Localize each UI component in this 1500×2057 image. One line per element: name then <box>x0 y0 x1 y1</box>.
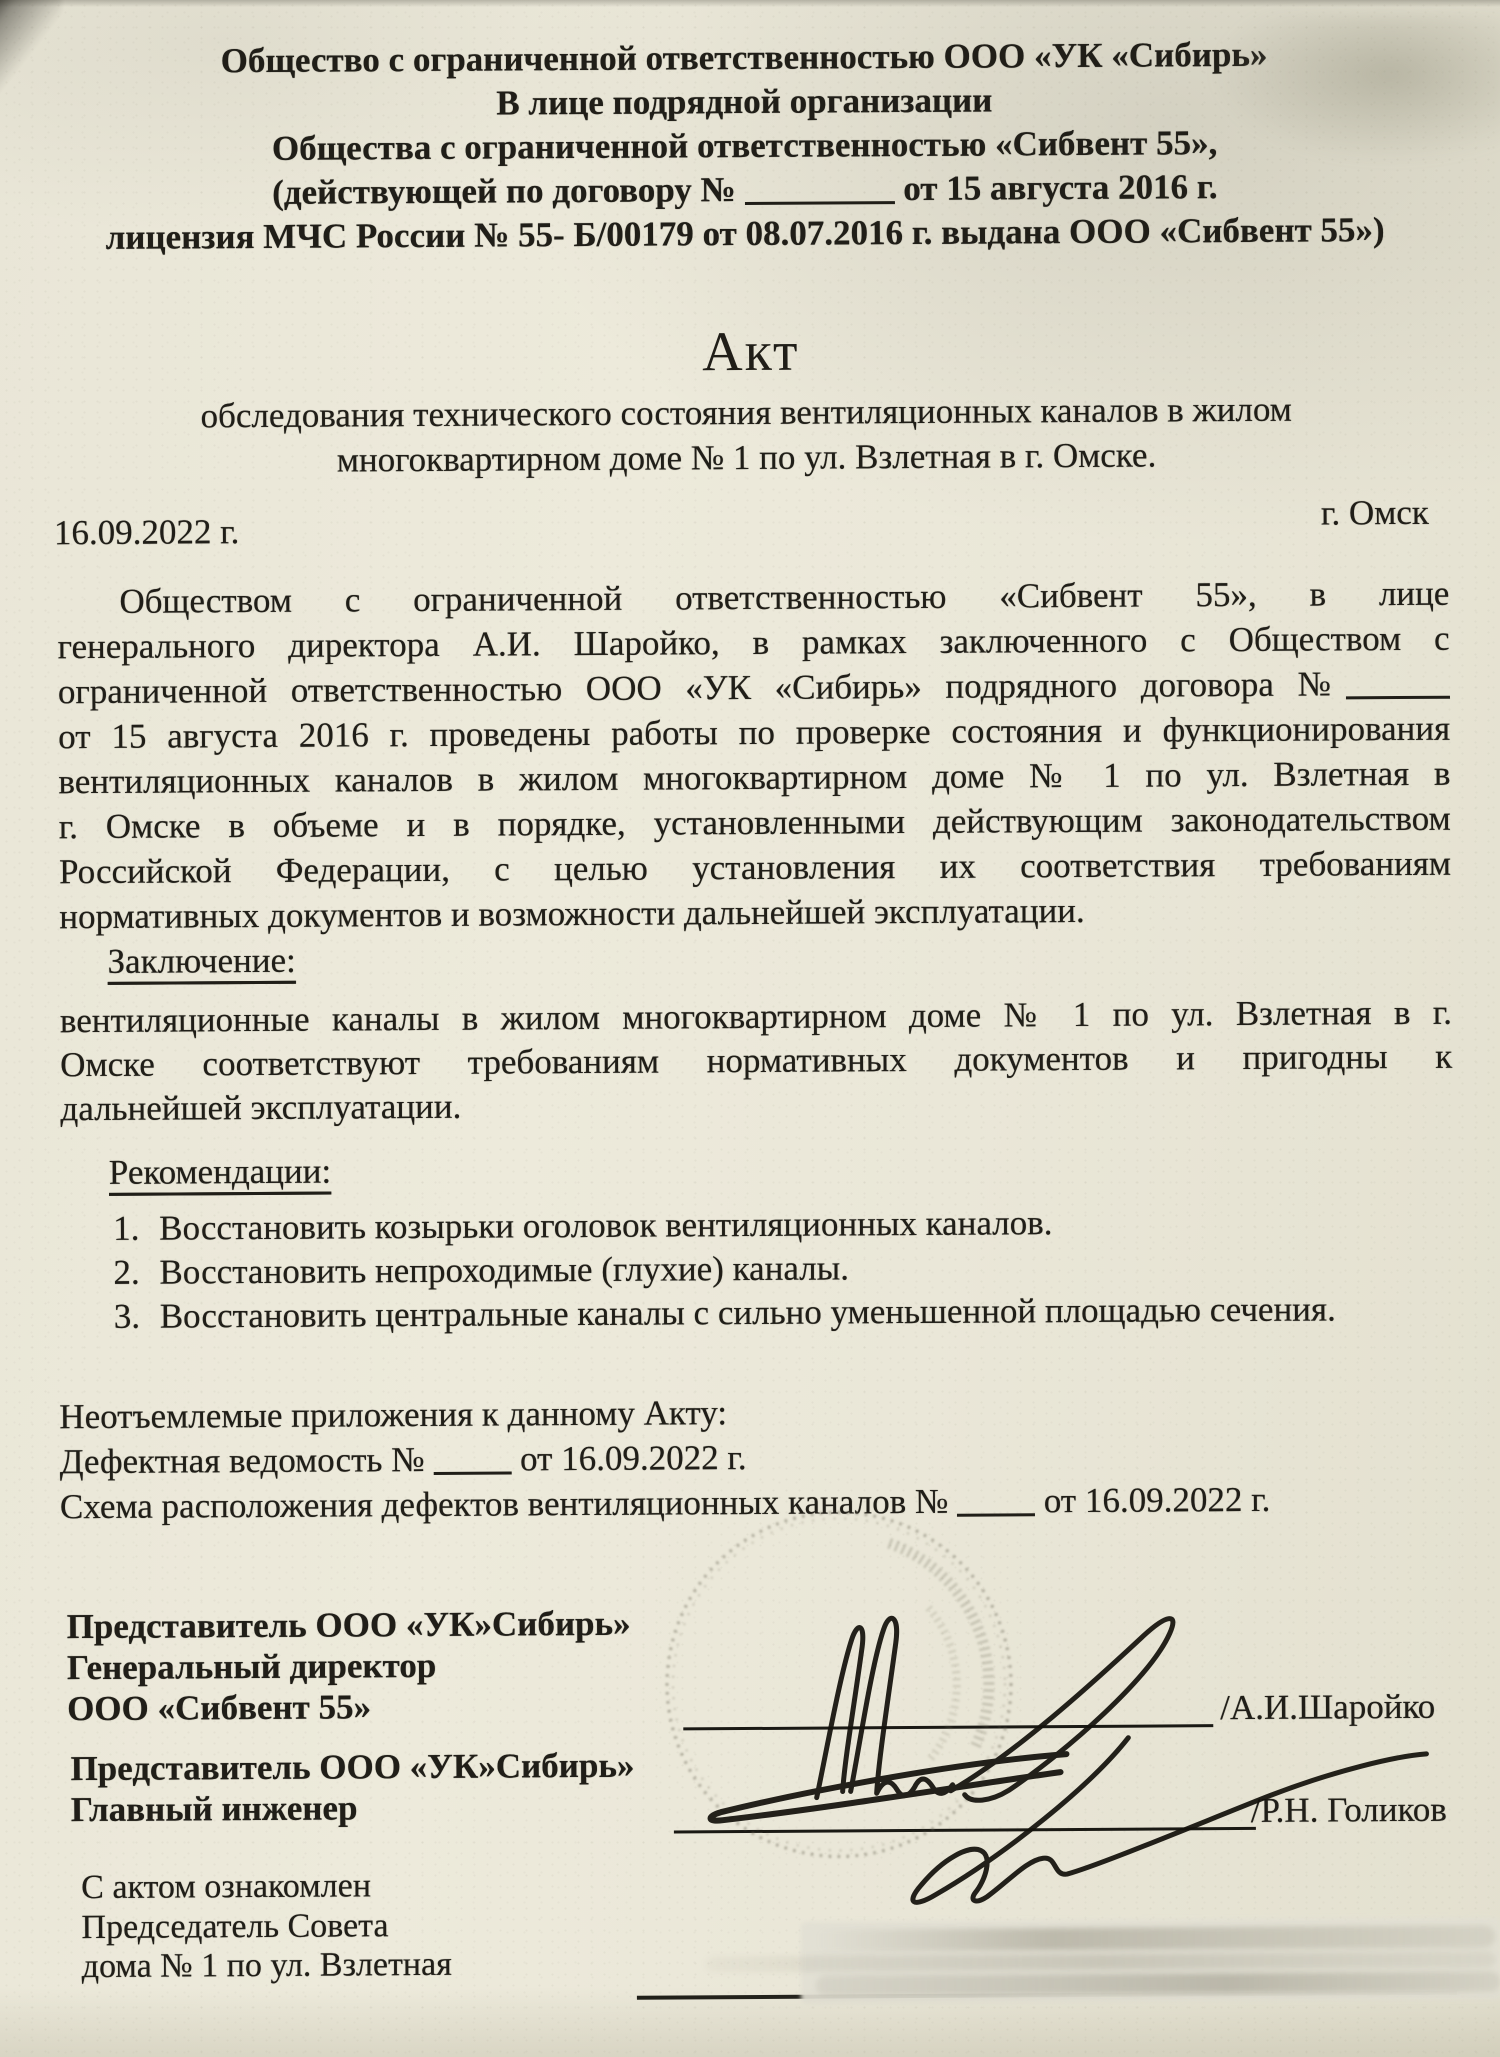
scan-smudge-streak <box>816 1971 1500 1995</box>
header-line-5: лицензия МЧС России № 55- Б/00179 от 08.… <box>35 208 1455 261</box>
conclusion-line: дальнейшей эксплуатации. <box>60 1079 1452 1132</box>
item-text: Восстановить центральные каналы с сильно… <box>160 1289 1336 1335</box>
signatory-name-2: /Р.Н. Голиков <box>1251 1787 1447 1833</box>
attachment-line-2: Схема расположения дефектов вентиляционн… <box>60 1476 1460 1530</box>
conclusion-line: Омске соответствуют требованиям норматив… <box>60 1035 1452 1088</box>
signatory-label: Генеральный директор <box>67 1644 631 1688</box>
item-text: Восстановить козырьки оголовок вентиляци… <box>159 1203 1053 1247</box>
document-city: г. Омск <box>1321 490 1429 536</box>
blank-underline <box>1346 670 1450 700</box>
scan-edge-top <box>0 0 1500 7</box>
attachment-text: Схема расположения дефектов вентиляционн… <box>60 1482 949 1526</box>
conclusion-heading: Заключение: <box>107 938 295 984</box>
acknowledgement-block: С актом ознакомлен Председатель Совета д… <box>81 1866 452 1987</box>
paragraph-line: нормативных документов и возможности дал… <box>59 886 1451 940</box>
signature-flourish-sharoyko <box>950 1619 1174 1801</box>
acknowledgement-line: дома № 1 по ул. Взлетная <box>82 1945 452 1987</box>
scanned-document-page: Общество с ограниченной ответственностью… <box>0 0 1500 2057</box>
blank-underline <box>433 1445 511 1474</box>
paragraph-line: Российской Федерации, с целью установлен… <box>59 841 1451 895</box>
recommendations-list: 1.Восстановить козырьки оголовок вентиля… <box>113 1198 1454 1338</box>
item-text: Восстановить непроходимые (глухие) канал… <box>159 1248 849 1291</box>
subtitle-line-1: обследования технического состояния вент… <box>36 386 1456 440</box>
attachments-section: Неотъемлемые приложения к данному Акту: … <box>59 1386 1460 1530</box>
recommendations-heading: Рекомендации: <box>109 1149 332 1195</box>
scan-smudge-streak <box>816 1925 1496 1951</box>
scan-corner-artifact-top-left <box>0 0 62 144</box>
signature-rule-2 <box>674 1827 1256 1834</box>
item-number: 3. <box>114 1294 160 1339</box>
signatory-name-1: /А.И.Шаройко <box>1220 1684 1435 1730</box>
scan-shadow-top-right <box>1210 14 1500 164</box>
recommendation-item-3: 3.Восстановить центральные каналы с силь… <box>114 1286 1454 1338</box>
signature-stroke-golikov-leaf <box>710 1754 1067 1821</box>
item-number: 2. <box>113 1250 159 1295</box>
stamp-text-arc <box>889 1543 989 1748</box>
signature-rule-1 <box>683 1724 1213 1730</box>
page-title: Акт <box>0 317 1500 386</box>
signatory-label: ООО «Сибвент 55» <box>67 1685 631 1729</box>
subtitle-line-2: многоквартирном доме № 1 по ул. Взлетная… <box>36 431 1456 485</box>
acknowledgement-line: С актом ознакомлен <box>81 1866 451 1908</box>
header-line-4-text: (действующей по договору № <box>272 170 736 212</box>
attachment-date: от 16.09.2022 г. <box>1044 1480 1271 1520</box>
signatory-label: Главный инженер <box>71 1786 635 1830</box>
paragraph-line-text: ограниченной ответственностью ООО «УК «С… <box>58 664 1346 711</box>
page-subtitle: обследования технического состояния вент… <box>36 386 1457 485</box>
attachment-text: Дефектная ведомость № <box>60 1440 425 1481</box>
item-number: 1. <box>113 1206 159 1251</box>
signature-stroke-sharoyko <box>816 1618 953 1798</box>
blank-underline <box>957 1487 1035 1516</box>
stamp-inner-arc <box>929 1608 958 1760</box>
main-paragraph: Обществом с ограниченной ответственность… <box>57 571 1451 939</box>
signature-block-2: Представитель ООО «УК»Сибирь» Главный ин… <box>70 1745 634 1830</box>
blank-underline <box>744 175 894 205</box>
signatory-label: Представитель ООО «УК»Сибирь» <box>67 1603 631 1647</box>
acknowledgement-line: Председатель Совета <box>81 1905 451 1947</box>
round-stamp <box>666 1511 1012 1857</box>
document-date: 16.09.2022 г. <box>54 509 240 555</box>
document-content: Общество с ограниченной ответственностью… <box>0 0 1500 2057</box>
header-line-4-date: от 15 августа 2016 г. <box>903 167 1218 208</box>
conclusion-paragraph: вентиляционные каналы в жилом многокварт… <box>60 991 1453 1132</box>
signature-block-1: Представитель ООО «УК»Сибирь» Генеральны… <box>67 1603 632 1729</box>
attachment-date: от 16.09.2022 г. <box>520 1438 747 1478</box>
signatory-label: Представитель ООО «УК»Сибирь» <box>70 1745 634 1789</box>
